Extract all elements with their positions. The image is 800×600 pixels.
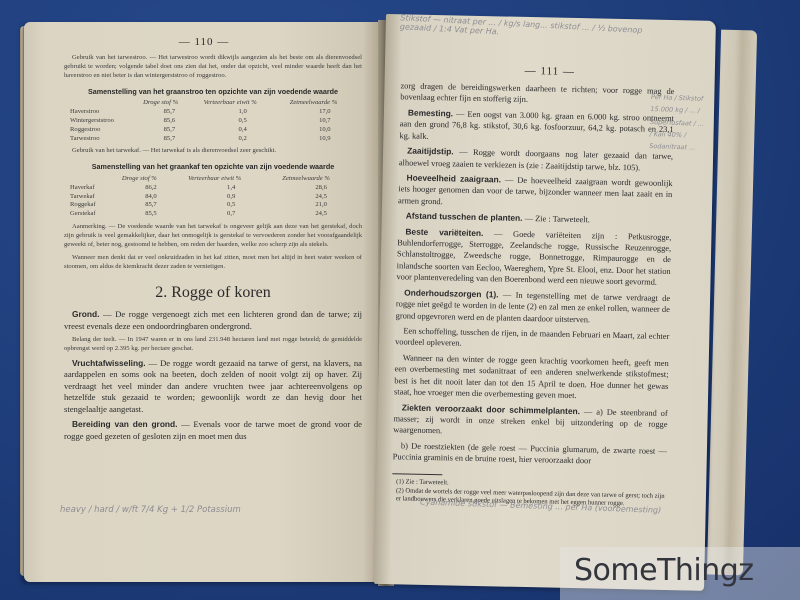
table1-title: Samenstelling van het graanstroo ten opz… (64, 87, 362, 97)
table-header (66, 175, 118, 184)
para-continuation: zorg dragen de bereidingswerken daarheen… (400, 80, 674, 109)
chaff-composition-table: Droge stof % Verteerbaar eiwit % Zetmeel… (66, 175, 364, 219)
table-header: Zetmeelwaarde % (286, 99, 364, 108)
page-number-111: — 111 — (385, 62, 715, 81)
table-header (66, 99, 139, 108)
table-row: Roggekaf85,70,521,0 (66, 201, 364, 210)
table-row: Gerstekaf85,50,724,5 (66, 210, 364, 219)
para-seed-quantity: Hoeveelheid zaaigraan. — De hoeveelheid … (398, 172, 673, 212)
table-row: Roggestroo85,70,410,0 (66, 126, 364, 135)
straw-composition-table: Droge stof % Verteerbaar eiwit % Zetmeel… (66, 99, 364, 143)
table-header: Droge stof % (139, 99, 199, 108)
para-soil: Grond. — De rogge vergenoegt zich met ee… (64, 309, 362, 332)
para-care: Onderhoudszorgen (1). — In tegenstelling… (396, 287, 671, 327)
handwriting-margin-right: Per Ha / Stikstof 15.000 kg / ... / Supe… (649, 91, 709, 155)
para-weeds: Wanneer men denkt dat er veel onkruidzad… (64, 254, 362, 272)
left-page: — 110 — Gebruik van het tarwestroo. — He… (24, 22, 384, 582)
table-header: Zetmeelwaarde % (278, 175, 364, 184)
table-header: Droge stof % (118, 175, 184, 184)
para-straw-use: Gebruik van het tarwestroo. — Het tarwes… (64, 54, 362, 81)
table2-title: Samenstelling van het graankaf ten opzic… (64, 162, 362, 172)
para-fertilization: Bemesting. — Een oogst van 3.000 kg. gra… (399, 107, 674, 147)
page-number-110: — 110 — (24, 36, 384, 48)
table-row: Tarwestroo85,70,210,9 (66, 135, 364, 144)
para-hoeing: Een schoffeling, tusschen de rijen, in d… (395, 325, 669, 354)
para-varieties: Beste variëteiten. — Goede variëteiten z… (396, 226, 671, 289)
para-preparation: Bereiding van den grond. — Evenals voor … (64, 419, 362, 442)
section-heading: 2. Rogge of koren (64, 282, 362, 303)
handwriting-bottom-left: heavy / hard / w/ft 7/4 Kg + 1/2 Potassi… (60, 505, 260, 515)
table-row: Tarwekaf84,00,924,5 (66, 193, 364, 202)
table-header: Verteerbaar eiwit % (184, 175, 278, 184)
para-diseases: Ziekten veroorzaakt door schimmelplanten… (393, 402, 668, 442)
footnote-divider (392, 473, 442, 475)
para-importance: Belang der teelt. — In 1947 waren er in … (64, 336, 362, 354)
para-rust: b) De roestziekten (de gele roest — Pucc… (393, 440, 667, 469)
watermark-text: SomeThingz (574, 553, 754, 588)
para-after-winter: Wanneer na den winter de rogge geen krac… (394, 352, 669, 403)
table-row: Haverkaf86,21,428,6 (66, 184, 364, 193)
para-spacing: Afstand tusschen de planten. — Zie : Tar… (398, 211, 672, 228)
para-rotation: Vruchtafwisseling. — De rogge wordt geza… (64, 358, 362, 416)
table-row: Haverstroo85,71,017,0 (66, 108, 364, 117)
table-row: Wintergerststroo85,60,510,7 (66, 117, 364, 126)
para-chaff-use: Gebruik van het tarwekaf. — Het tarwekaf… (64, 147, 362, 156)
table-header: Verteerbaar eiwit % (200, 99, 286, 108)
para-sowing-time: Zaaitijdstip. — Rogge wordt doorgaans no… (399, 145, 673, 174)
para-remark: Aanmerking. — De voedende waarde van het… (64, 223, 362, 250)
watermark: SomeThingz (560, 547, 800, 600)
